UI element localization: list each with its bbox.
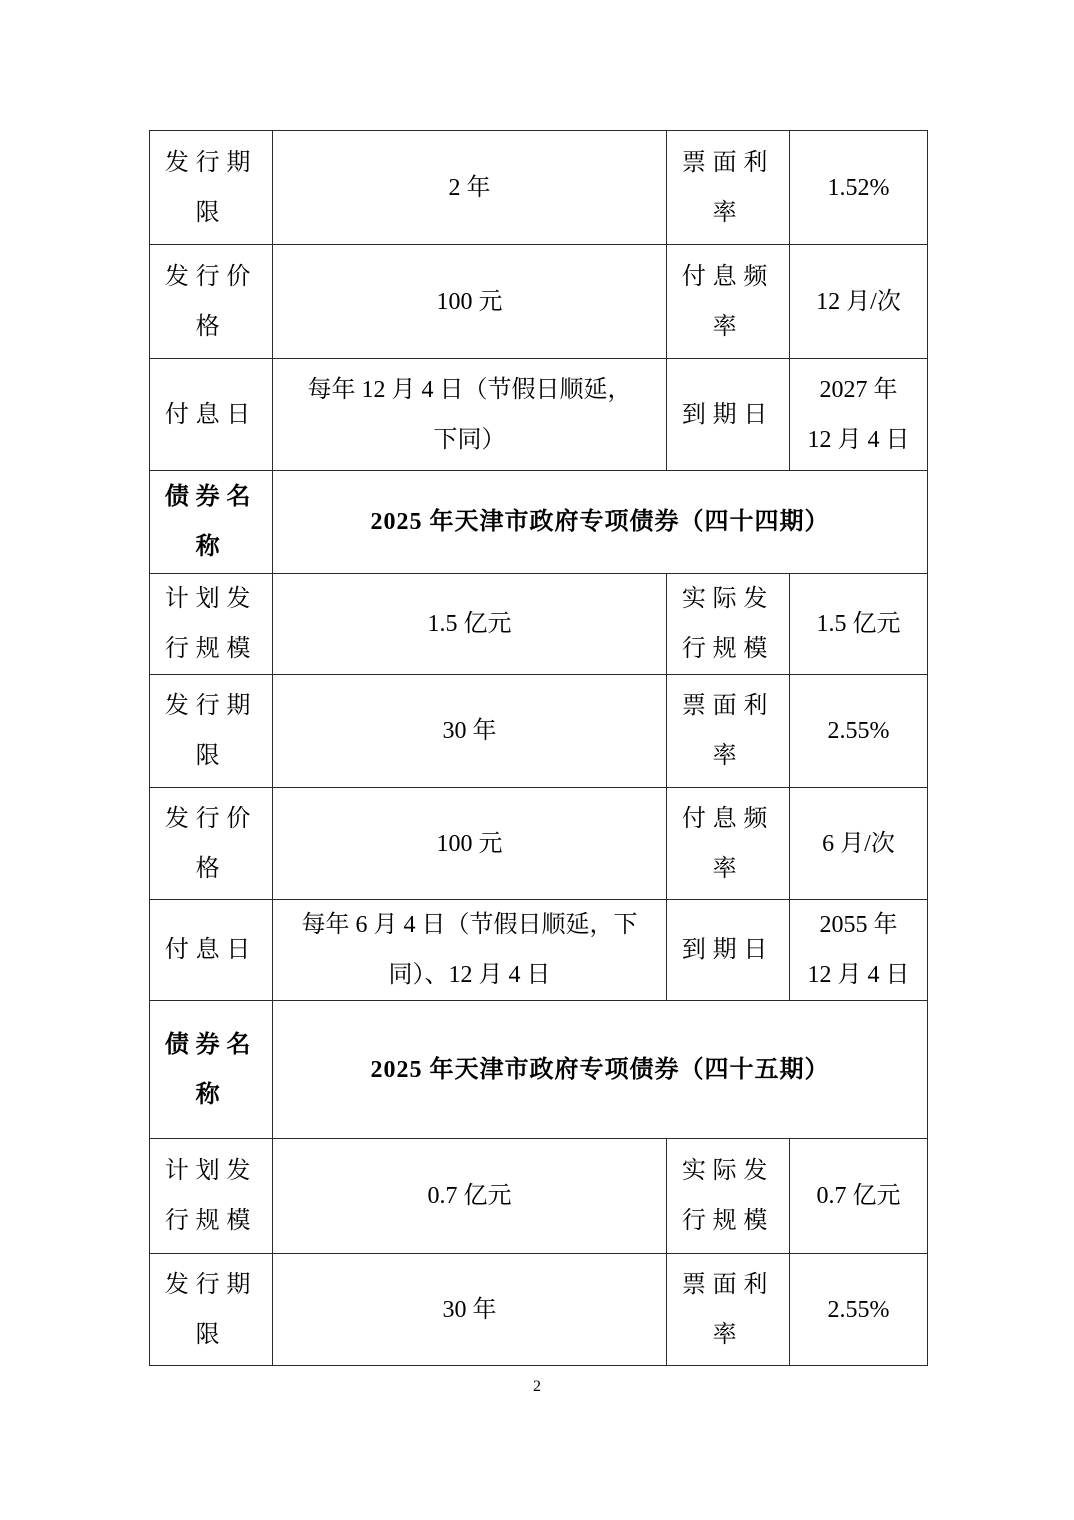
label-line: 债券名 — [158, 1020, 264, 1070]
table-row: 发行期 限 2 年 票面利 率 1.52% — [150, 131, 928, 245]
value-line: 1.5 亿元 — [798, 599, 919, 649]
label-line: 发行价 — [158, 252, 264, 302]
value-line: 每年 6 月 4 日（节假日顺延，下 — [281, 900, 658, 950]
value-line: 每年 12 月 4 日（节假日顺延， — [281, 365, 658, 415]
label-line: 限 — [158, 188, 264, 238]
field-value: 6 月/次 — [790, 788, 928, 900]
field-label: 发行期 限 — [150, 131, 273, 245]
label-line: 行规模 — [675, 624, 781, 674]
value-line: 12 月 4 日 — [798, 415, 919, 465]
label-line: 格 — [158, 844, 264, 894]
value-line: 下同） — [281, 415, 658, 465]
table-row: 付息日 每年 6 月 4 日（节假日顺延，下 同）、12 月 4 日 到期日 2… — [150, 900, 928, 1001]
field-value: 30 年 — [273, 1254, 667, 1366]
label-line: 付息频 — [675, 794, 781, 844]
field-label: 票面利 率 — [667, 675, 790, 788]
label-line: 票面利 — [675, 1260, 781, 1310]
value-line: 30 年 — [281, 706, 658, 756]
field-label: 发行价 格 — [150, 245, 273, 359]
label-line: 计划发 — [158, 574, 264, 624]
value-line: 12 月/次 — [798, 277, 919, 327]
label-line: 发行期 — [158, 681, 264, 731]
label-line: 率 — [675, 731, 781, 781]
field-value: 1.5 亿元 — [790, 574, 928, 675]
label-line: 率 — [675, 1310, 781, 1360]
field-value: 每年 12 月 4 日（节假日顺延， 下同） — [273, 359, 667, 471]
field-value: 2.55% — [790, 675, 928, 788]
value-line: 6 月/次 — [798, 819, 919, 869]
label-line: 实际发 — [675, 574, 781, 624]
field-label: 付息日 — [150, 359, 273, 471]
label-line: 发行期 — [158, 138, 264, 188]
label-line: 到期日 — [675, 390, 781, 440]
label-line: 票面利 — [675, 138, 781, 188]
value-line: 2025 年天津市政府专项债券（四十四期） — [281, 497, 919, 547]
label-line: 限 — [158, 1310, 264, 1360]
bond-name: 2025 年天津市政府专项债券（四十四期） — [273, 471, 928, 574]
value-line: 2055 年 — [798, 900, 919, 950]
field-label: 计划发 行规模 — [150, 574, 273, 675]
value-line: 同）、12 月 4 日 — [281, 950, 658, 1000]
table-row: 发行价 格 100 元 付息频 率 6 月/次 — [150, 788, 928, 900]
value-line: 100 元 — [281, 819, 658, 869]
field-value: 每年 6 月 4 日（节假日顺延，下 同）、12 月 4 日 — [273, 900, 667, 1001]
value-line: 30 年 — [281, 1285, 658, 1335]
field-value: 2.55% — [790, 1254, 928, 1366]
label-line: 率 — [675, 188, 781, 238]
label-line: 发行价 — [158, 794, 264, 844]
label-line: 行规模 — [158, 1196, 264, 1246]
field-label: 到期日 — [667, 900, 790, 1001]
label-line: 限 — [158, 731, 264, 781]
field-label: 债券名 称 — [150, 1001, 273, 1139]
label-line: 率 — [675, 844, 781, 894]
value-line: 2027 年 — [798, 365, 919, 415]
field-value: 0.7 亿元 — [790, 1139, 928, 1254]
table-row: 计划发 行规模 0.7 亿元 实际发 行规模 0.7 亿元 — [150, 1139, 928, 1254]
field-label: 实际发 行规模 — [667, 1139, 790, 1254]
value-line: 1.52% — [798, 163, 919, 213]
field-value: 30 年 — [273, 675, 667, 788]
field-value: 2055 年 12 月 4 日 — [790, 900, 928, 1001]
label-line: 计划发 — [158, 1146, 264, 1196]
label-line: 债券名 — [158, 472, 264, 522]
value-line: 2.55% — [798, 1285, 919, 1335]
value-line: 100 元 — [281, 277, 658, 327]
field-value: 0.7 亿元 — [273, 1139, 667, 1254]
value-line: 12 月 4 日 — [798, 950, 919, 1000]
field-value: 2027 年 12 月 4 日 — [790, 359, 928, 471]
field-value: 100 元 — [273, 245, 667, 359]
field-label: 债券名 称 — [150, 471, 273, 574]
label-line: 发行期 — [158, 1260, 264, 1310]
label-line: 实际发 — [675, 1146, 781, 1196]
table-row: 发行价 格 100 元 付息频 率 12 月/次 — [150, 245, 928, 359]
value-line: 2 年 — [281, 163, 658, 213]
label-line: 付息日 — [158, 390, 264, 440]
field-label: 实际发 行规模 — [667, 574, 790, 675]
table-row: 计划发 行规模 1.5 亿元 实际发 行规模 1.5 亿元 — [150, 574, 928, 675]
label-line: 格 — [158, 302, 264, 352]
field-value: 1.52% — [790, 131, 928, 245]
field-label: 付息频 率 — [667, 245, 790, 359]
field-value: 1.5 亿元 — [273, 574, 667, 675]
field-label: 付息日 — [150, 900, 273, 1001]
table-row: 发行期 限 30 年 票面利 率 2.55% — [150, 1254, 928, 1366]
value-line: 2025 年天津市政府专项债券（四十五期） — [281, 1045, 919, 1095]
field-label: 到期日 — [667, 359, 790, 471]
table-row-bond-name: 债券名 称 2025 年天津市政府专项债券（四十五期） — [150, 1001, 928, 1139]
document-page: 发行期 限 2 年 票面利 率 1.52% 发行价 格 100 元 — [0, 0, 1074, 1520]
label-line: 称 — [158, 522, 264, 572]
label-line: 付息日 — [158, 925, 264, 975]
table-row: 付息日 每年 12 月 4 日（节假日顺延， 下同） 到期日 2027 年 12… — [150, 359, 928, 471]
field-value: 2 年 — [273, 131, 667, 245]
value-line: 1.5 亿元 — [281, 599, 658, 649]
field-label: 付息频 率 — [667, 788, 790, 900]
field-label: 发行价 格 — [150, 788, 273, 900]
field-label: 发行期 限 — [150, 1254, 273, 1366]
table-row: 发行期 限 30 年 票面利 率 2.55% — [150, 675, 928, 788]
label-line: 行规模 — [675, 1196, 781, 1246]
field-label: 计划发 行规模 — [150, 1139, 273, 1254]
label-line: 称 — [158, 1070, 264, 1120]
bond-name: 2025 年天津市政府专项债券（四十五期） — [273, 1001, 928, 1139]
label-line: 付息频 — [675, 252, 781, 302]
field-value: 100 元 — [273, 788, 667, 900]
label-line: 率 — [675, 302, 781, 352]
label-line: 到期日 — [675, 925, 781, 975]
page-number: 2 — [0, 1378, 1074, 1396]
value-line: 2.55% — [798, 706, 919, 756]
field-label: 票面利 率 — [667, 1254, 790, 1366]
value-line: 0.7 亿元 — [798, 1171, 919, 1221]
field-label: 票面利 率 — [667, 131, 790, 245]
field-value: 12 月/次 — [790, 245, 928, 359]
bond-info-table: 发行期 限 2 年 票面利 率 1.52% 发行价 格 100 元 — [149, 130, 928, 1366]
field-label: 发行期 限 — [150, 675, 273, 788]
label-line: 票面利 — [675, 681, 781, 731]
table-row-bond-name: 债券名 称 2025 年天津市政府专项债券（四十四期） — [150, 471, 928, 574]
value-line: 0.7 亿元 — [281, 1171, 658, 1221]
label-line: 行规模 — [158, 624, 264, 674]
